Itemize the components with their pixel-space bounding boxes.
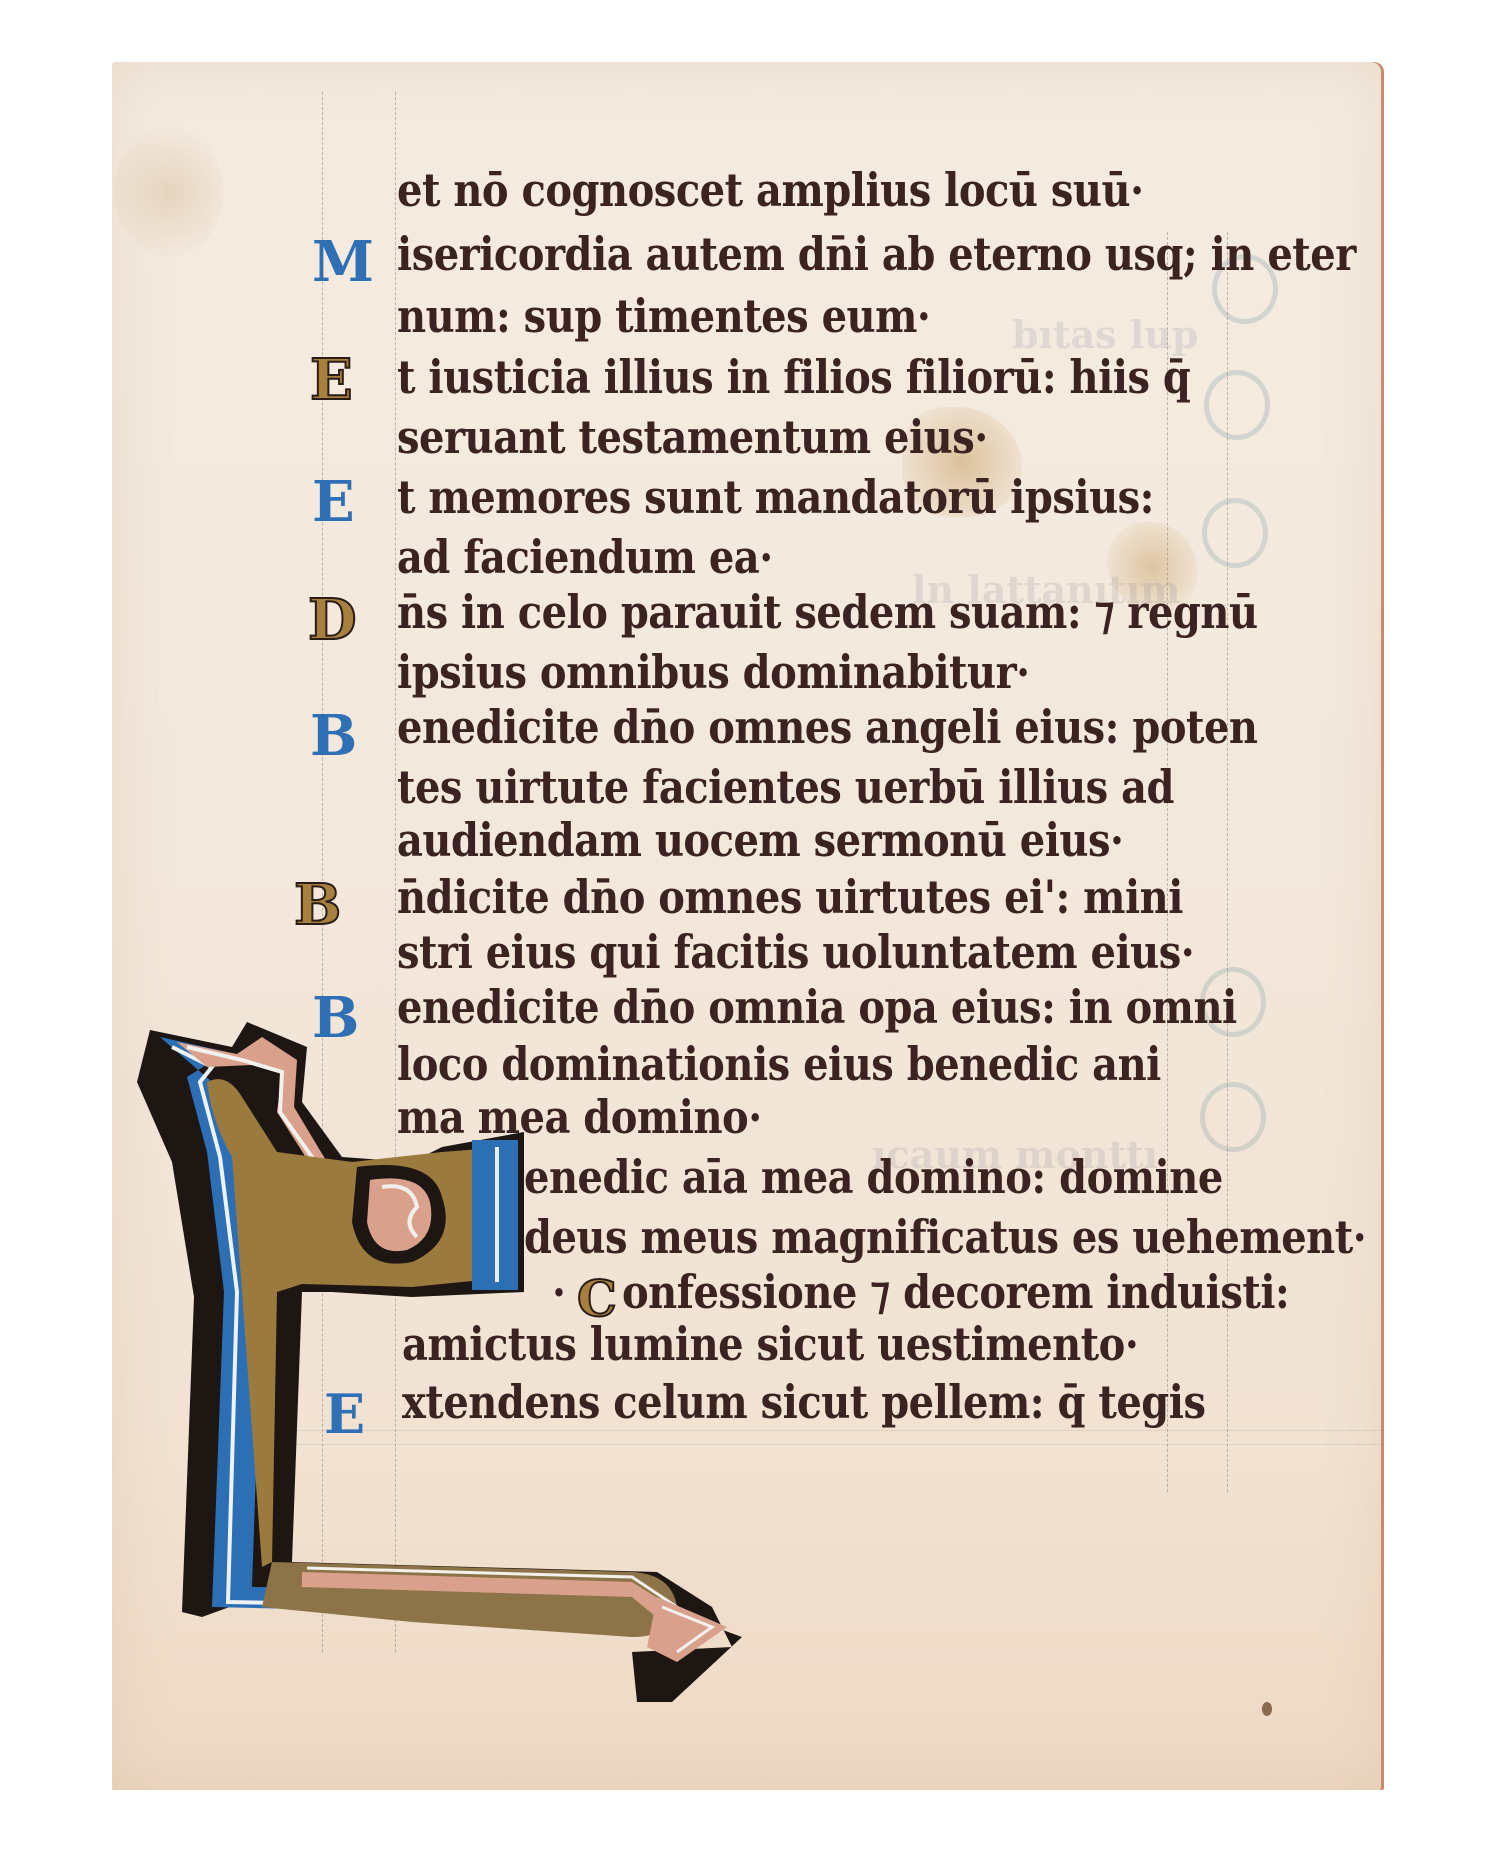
text-line-11: tes uirtute facientes uerbū illius ad [397, 765, 1174, 811]
text-line-10: enedicite dn̄o omnes angeli eius: poten [397, 705, 1258, 751]
edge-spot [1262, 1702, 1272, 1716]
bleed-through-initial [1202, 498, 1268, 568]
text-line-9: ipsius omnibus dominabitur· [397, 650, 1030, 696]
text-line-16: loco dominationis eius benedic ani [397, 1042, 1161, 1088]
text-line-21: amictus lumine sicut uestimento· [402, 1322, 1138, 1368]
text-line-20: onfessione ⁊ decorem induisti: [622, 1270, 1289, 1316]
text-line-20-prefix: · [552, 1270, 565, 1316]
text-line-5: seruant testamentum eius· [397, 415, 988, 461]
text-line-1: et nō cognoscet amplius locū suū· [397, 168, 1144, 214]
text-line-18: enedic aīa mea domino: domine [524, 1155, 1223, 1201]
text-line-12: audiendam uocem sermonū eius· [397, 818, 1123, 864]
bleed-through-initial [1204, 370, 1270, 440]
text-line-6: t memores sunt mandatorū ipsius: [397, 475, 1154, 521]
text-line-3: num: sup timentes eum· [397, 294, 930, 340]
text-line-13: n̄dicite dn̄o omnes uirtutes ei': mini [397, 875, 1183, 921]
text-line-14: stri eius qui facitis uoluntatem eius· [397, 930, 1194, 976]
text-line-17: ma mea domino· [397, 1095, 762, 1141]
text-line-2: isericordia autem dn̄i ab eterno usq; in… [397, 232, 1356, 278]
text-line-8: n̄s in celo parauit sedem suam: ⁊ regnū [397, 590, 1258, 636]
text-line-15: enedicite dn̄o omnia opa eius: in omni [397, 985, 1237, 1031]
text-line-4: t iusticia illius in filios filiorū: hii… [397, 355, 1190, 401]
bleed-through-initial [1200, 1082, 1266, 1152]
text-line-7: ad faciendum ea· [397, 535, 773, 581]
text-line-19: deus meus magnificatus es uehement· [524, 1215, 1366, 1261]
manuscript-leaf: bıtas lup ln lattanıtım ıcaum monttı M E… [112, 62, 1384, 1790]
text-line-22: xtendens celum sicut pellem: q̄ tegis [402, 1380, 1205, 1426]
